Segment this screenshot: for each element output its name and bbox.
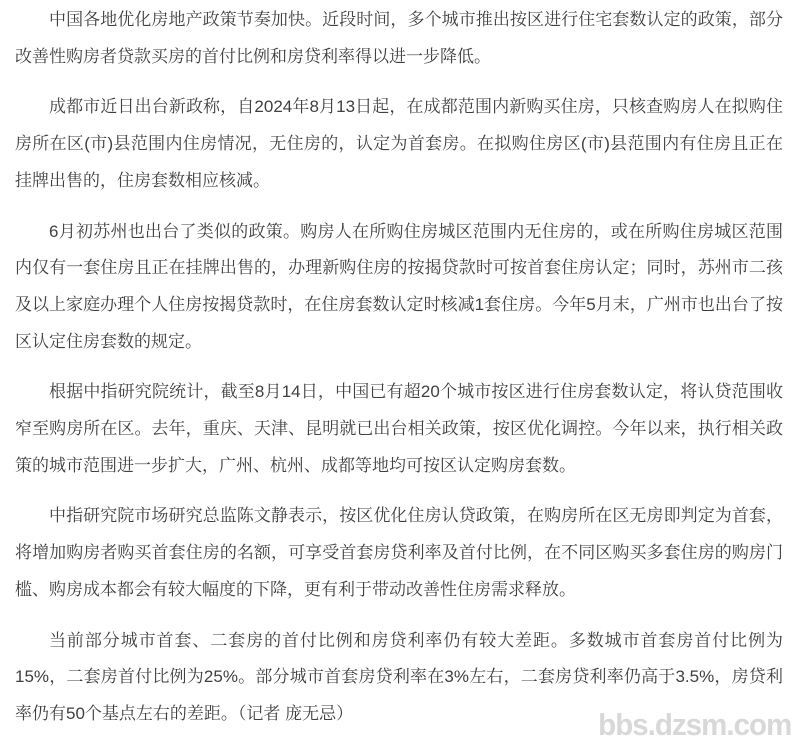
article-body: 中国各地优化房地产政策节奏加快。近段时间，多个城市推出按区进行住宅套数认定的政策…	[0, 0, 797, 733]
paragraph-suzhou-guangzhou-policy: 6月初苏州也出台了类似的政策。购房人在所购住房城区范围内无住房的，或在所购住房城…	[15, 214, 783, 361]
paragraph-research-statistics: 根据中指研究院统计，截至8月14日，中国已有超20个城市按区进行住房套数认定，将…	[15, 374, 783, 484]
watermark-text: bbs.dzsm.com	[598, 707, 791, 743]
paragraph-intro: 中国各地优化房地产政策节奏加快。近段时间，多个城市推出按区进行住宅套数认定的政策…	[15, 2, 783, 75]
paragraph-chengdu-policy: 成都市近日出台新政称，自2024年8月13日起，在成都范围内新购买住房，只核查购…	[15, 89, 783, 199]
paragraph-analyst-comment: 中指研究院市场研究总监陈文静表示，按区优化住房认贷政策，在购房所在区无房即判定为…	[15, 498, 783, 608]
